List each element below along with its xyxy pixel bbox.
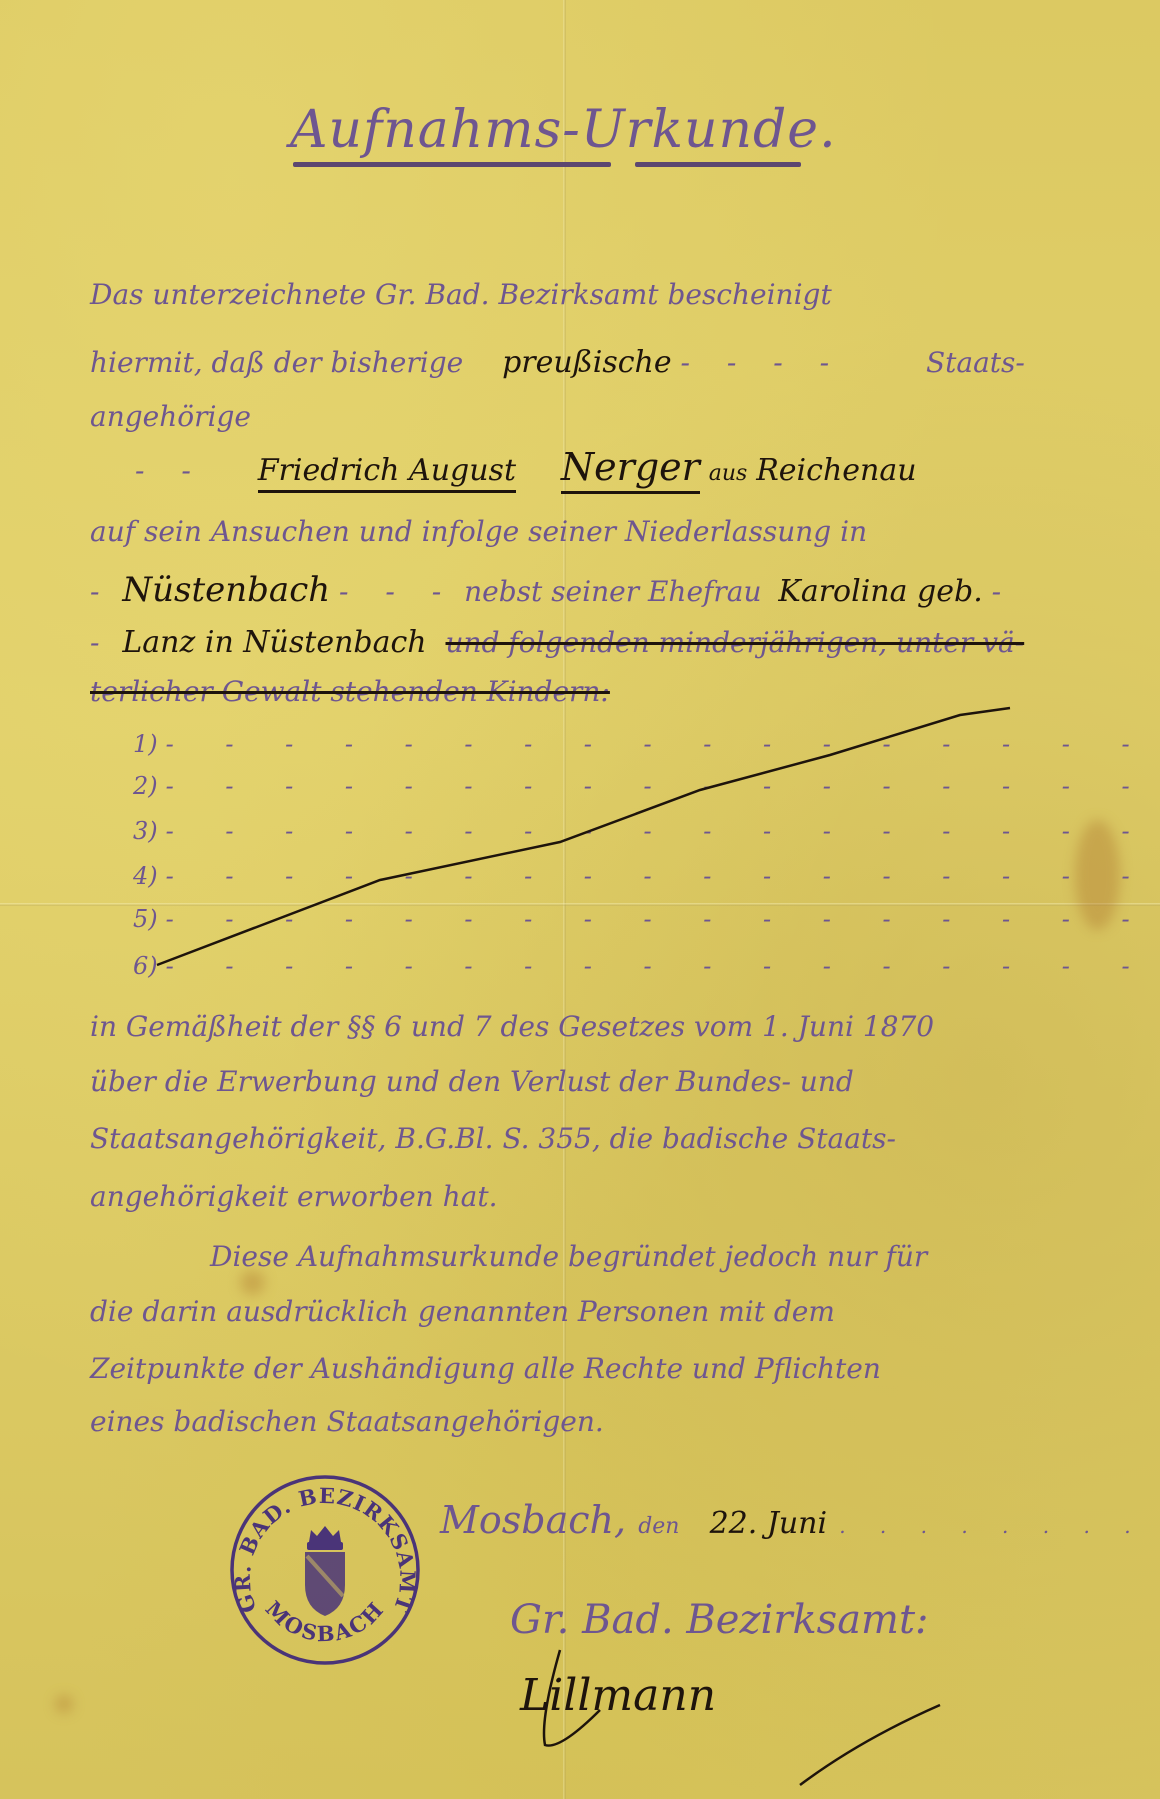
law-line: in Gemäßheit der §§ 6 und 7 des Gesetzes… xyxy=(90,1010,934,1043)
document-title: Aufnahms-Urkunde. xyxy=(290,100,837,160)
body-line: auf sein Ansuchen und infolge seiner Nie… xyxy=(90,515,867,548)
child-slot: 2)- - - - - - - - - - - - - - - - - - - … xyxy=(133,772,1160,800)
water-stain xyxy=(55,1695,73,1713)
child-slot: 5)- - - - - - - - - - - - - - - - - - - … xyxy=(133,905,1160,933)
validity-line: Diese Aufnahmsurkunde begründet jedoch n… xyxy=(210,1240,927,1273)
place-date-line: Mosbach, den 22. Juni . . . . . . . . 19… xyxy=(440,1497,1160,1542)
nationality-field: preußische xyxy=(502,345,672,380)
issuing-office: Gr. Bad. Bezirksamt: xyxy=(510,1597,929,1643)
residence-field: Nüstenbach xyxy=(122,570,330,610)
water-stain xyxy=(240,1270,265,1295)
date-field: 22. Juni xyxy=(710,1506,828,1541)
law-line: Staatsangehörigkeit, B.G.Bl. S. 355, die… xyxy=(90,1122,896,1155)
place: Mosbach, xyxy=(440,1498,626,1542)
surname-field: Nerger xyxy=(561,445,700,494)
signature: Lillmann xyxy=(520,1670,716,1721)
law-line: angehörigkeit erworben hat. xyxy=(90,1180,498,1213)
validity-line: die darin ausdrücklich genannten Persone… xyxy=(90,1295,835,1328)
body-line: terlicher Gewalt stehenden Kindern: xyxy=(90,675,610,708)
child-slot: 6)- - - - - - - - - - - - - - - - - - - … xyxy=(133,952,1160,980)
body-line: Das unterzeichnete Gr. Bad. Bezirksamt b… xyxy=(90,278,832,311)
official-stamp: GR. BAD. BEZIRKSAMT MOSBACH xyxy=(225,1470,425,1670)
title-underline xyxy=(293,162,611,167)
wife-name-field: Karolina geb. xyxy=(778,574,982,609)
residence-line: - Nüstenbach - - - nebst seiner Ehefrau … xyxy=(90,570,1015,610)
struck-text: terlicher Gewalt stehenden Kindern: xyxy=(90,675,610,708)
child-slot: 4)- - - - - - - - - - - - - - - - - - - … xyxy=(133,862,1160,890)
wife-maiden-field: Lanz in Nüstenbach xyxy=(122,625,426,660)
child-slot: 3)- - - - - - - - - - - - - - - - - - - … xyxy=(133,817,1160,845)
struck-text: und folgenden minderjährigen, unter vä- xyxy=(446,626,1025,659)
coat-of-arms-icon xyxy=(305,1526,345,1616)
person-name-line: - - Friedrich August Nerger aus Reichena… xyxy=(135,445,917,489)
origin-field: Reichenau xyxy=(756,453,916,488)
law-line: über die Erwerbung und den Verlust der B… xyxy=(90,1065,854,1098)
title-underline xyxy=(635,162,801,167)
validity-line: Zeitpunkte der Aushändigung alle Rechte … xyxy=(90,1352,881,1385)
document-page: Aufnahms-Urkunde. Das unterzeichnete Gr.… xyxy=(0,0,1160,1799)
child-slot: 1)- - - - - - - - - - - - - - - - - - - … xyxy=(133,730,1160,758)
first-names-field: Friedrich August xyxy=(258,453,516,493)
body-line: angehörige xyxy=(90,400,251,433)
body-line: hiermit, daß der bisherige preußische - … xyxy=(90,345,1025,380)
validity-line: eines badischen Staatsangehörigen. xyxy=(90,1405,604,1438)
wife-maiden-line: - Lanz in Nüstenbach und folgenden minde… xyxy=(90,625,1024,660)
